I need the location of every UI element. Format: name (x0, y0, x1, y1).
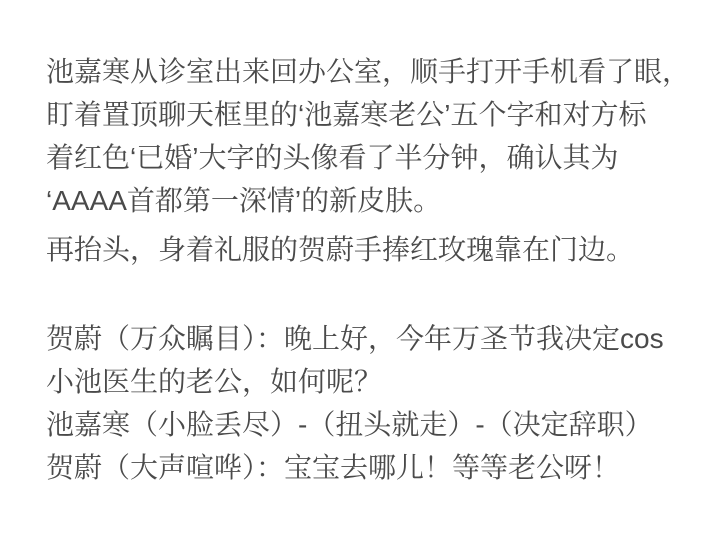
page: 池嘉寒从诊室出来回办公室，顺手打开手机看了眼，盯着置顶聊天框里的‘池嘉寒老公’五… (0, 0, 720, 547)
paragraph: 贺蔚（万众瞩目）：晚上好，今年万圣节我决定cos小池医生的老公，如何呢？ (46, 317, 686, 403)
text-line: ‘AAAA首都第一深情’的新皮肤。 (46, 179, 686, 222)
text-line: 贺蔚（万众瞩目）：晚上好，今年万圣节我决定cos (46, 317, 686, 360)
text-line: 贺蔚（大声喧哗）：宝宝去哪儿！等等老公呀！ (46, 446, 686, 489)
text-line: 小池医生的老公，如何呢？ (46, 360, 686, 403)
text-document: 池嘉寒从诊室出来回办公室，顺手打开手机看了眼，盯着置顶聊天框里的‘池嘉寒老公’五… (46, 50, 686, 489)
text-line: 池嘉寒（小脸丢尽）-（扭头就走）-（决定辞职） (46, 403, 686, 446)
text-line: 池嘉寒从诊室出来回办公室，顺手打开手机看了眼， (46, 50, 686, 93)
paragraph: 贺蔚（大声喧哗）：宝宝去哪儿！等等老公呀！ (46, 446, 686, 489)
text-line: 着红色‘已婚’大字的头像看了半分钟，确认其为 (46, 136, 686, 179)
text-line: 盯着置顶聊天框里的‘池嘉寒老公’五个字和对方标 (46, 93, 686, 136)
paragraph: 再抬头，身着礼服的贺蔚手捧红玫瑰靠在门边。 (46, 228, 686, 271)
paragraph: 池嘉寒从诊室出来回办公室，顺手打开手机看了眼，盯着置顶聊天框里的‘池嘉寒老公’五… (46, 50, 686, 222)
paragraph: 池嘉寒（小脸丢尽）-（扭头就走）-（决定辞职） (46, 403, 686, 446)
text-line: 再抬头，身着礼服的贺蔚手捧红玫瑰靠在门边。 (46, 228, 686, 271)
